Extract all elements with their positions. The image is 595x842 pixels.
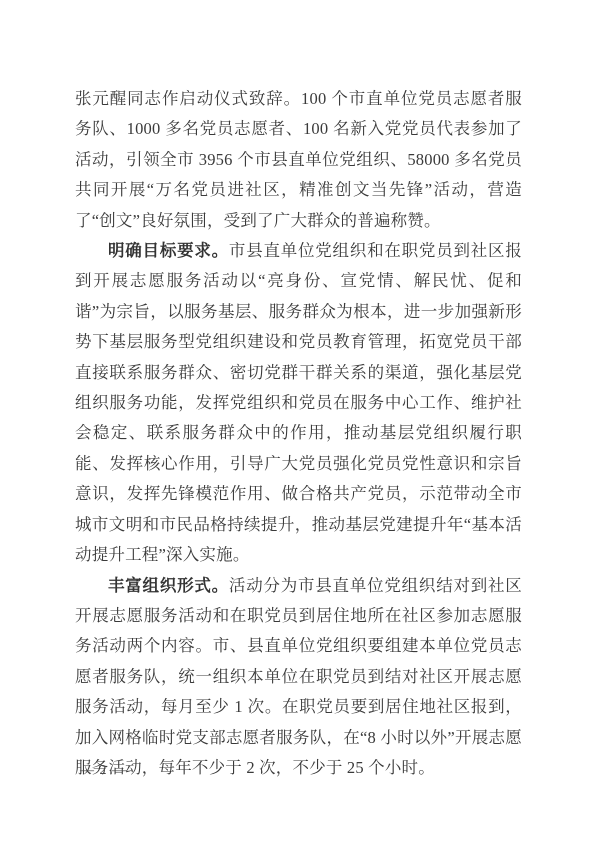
paragraph-text: 市县直单位党组织和在职党员到社区报到开展志愿服务活动以“亮身份、宣党情、解民忧、… xyxy=(75,241,522,564)
paragraph-continuation: 张元醒同志作启动仪式致辞。100 个市直单位党员志愿者服务队、1000 多名党员… xyxy=(75,84,522,236)
paragraph-organization: 丰富组织形式。活动分为市县直单位党组织结对到社区开展志愿服务活动和在职党员到居住… xyxy=(75,571,522,784)
paragraph-text: 张元醒同志作启动仪式致辞。100 个市直单位党员志愿者服务队、1000 多名党员… xyxy=(75,89,522,230)
page-number: — 2 — xyxy=(80,763,127,779)
paragraph-lead-bold: 明确目标要求。 xyxy=(108,241,229,260)
document-body: 张元醒同志作启动仪式致辞。100 个市直单位党员志愿者服务队、1000 多名党员… xyxy=(75,84,522,783)
document-page: 张元醒同志作启动仪式致辞。100 个市直单位党员志愿者服务队、1000 多名党员… xyxy=(0,0,595,842)
paragraph-lead-bold: 丰富组织形式。 xyxy=(108,576,229,595)
paragraph-text: 活动分为市县直单位党组织结对到社区开展志愿服务活动和在职党员到居住地所在社区参加… xyxy=(75,576,522,777)
paragraph-goals: 明确目标要求。市县直单位党组织和在职党员到社区报到开展志愿服务活动以“亮身份、宣… xyxy=(75,236,522,570)
